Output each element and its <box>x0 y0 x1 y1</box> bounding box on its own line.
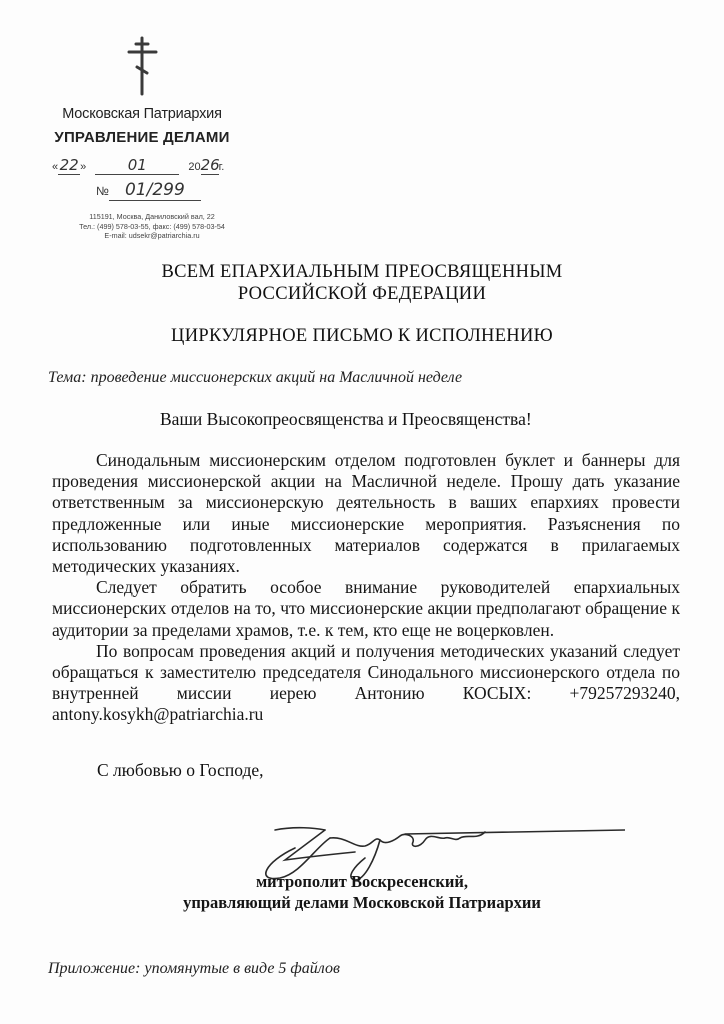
department-name: УПРАВЛЕНИЕ ДЕЛАМИ <box>52 129 232 146</box>
contact-address-block: 115191, Москва, Даниловский вал, 22 Тел.… <box>52 212 252 241</box>
body-paragraph-3: По вопросам проведения акций и получения… <box>52 641 680 726</box>
postal-address: 115191, Москва, Даниловский вал, 22 <box>52 212 252 222</box>
addressee-line-1: ВСЕМ ЕПАРХИАЛЬНЫМ ПРЕОСВЯЩЕННЫМ <box>0 262 724 283</box>
salutation: Ваши Высокопреосвященства и Преосвященст… <box>160 409 532 430</box>
email-address: E-mail: udsekr@patriarchia.ru <box>52 231 252 241</box>
date-year-prefix: 20 <box>188 161 200 173</box>
date-year-suffix: 26 <box>201 156 219 175</box>
date-close-quote: » <box>80 161 86 173</box>
closing-phrase: С любовью о Господе, <box>97 760 264 781</box>
document-number: №01/299 <box>96 180 216 202</box>
date-month: 01 <box>95 156 179 175</box>
attachment-note: Приложение: упомянутые в виде 5 файлов <box>48 960 340 978</box>
signatory-title: митрополит Воскресенский, <box>0 872 724 892</box>
date-year-unit: г. <box>219 161 225 173</box>
body-paragraph-1: Синодальным миссионерским отделом подгот… <box>52 450 680 577</box>
orthodox-cross-icon <box>118 36 168 96</box>
document-date: «22» 01 2026г. <box>52 156 242 178</box>
body-paragraph-2: Следует обратить особое внимание руковод… <box>52 577 680 641</box>
addressee-line-2: РОССИЙСКОЙ ФЕДЕРАЦИИ <box>0 284 724 305</box>
signatory-position: управляющий делами Московской Патриархии <box>0 893 724 913</box>
subject-line: Тема: проведение миссионерских акций на … <box>48 369 462 387</box>
number-value: 01/299 <box>109 180 201 201</box>
letter-body: Синодальным миссионерским отделом подгот… <box>52 450 680 726</box>
organization-name: Московская Патриархия <box>52 106 232 122</box>
number-label: № <box>96 184 109 198</box>
phone-fax: Тел.: (499) 578-03-55, факс: (499) 578-0… <box>52 222 252 232</box>
date-day: 22 <box>58 156 80 175</box>
document-type-heading: ЦИРКУЛЯРНОЕ ПИСЬМО К ИСПОЛНЕНИЮ <box>0 326 724 347</box>
